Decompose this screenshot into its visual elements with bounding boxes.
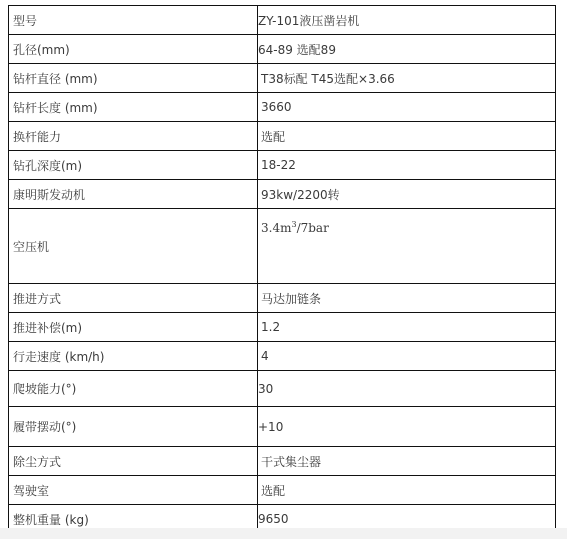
table-row: 履带摆动(°) +10 [9, 407, 556, 447]
spec-label: 钻杆直径 (mm) [9, 64, 258, 93]
spec-value: 3.4m3/7bar [258, 209, 556, 284]
table-row: 钻杆直径 (mm) T38标配 T45选配×3.66 [9, 64, 556, 93]
spec-label: 推进补偿(m) [9, 313, 258, 342]
table-row: 康明斯发动机 93kw/2200转 [9, 180, 556, 209]
spec-value: ZY-101液压凿岩机 [258, 6, 556, 35]
spec-value: 1.2 [258, 313, 556, 342]
spec-value: 马达加链条 [258, 284, 556, 313]
value-suffix: /7bar [297, 221, 329, 235]
page-bottom-strip [0, 528, 567, 539]
spec-label: 换杆能力 [9, 122, 258, 151]
spec-label: 爬坡能力(°) [9, 371, 258, 407]
spec-value: 64-89 选配89 [258, 35, 556, 64]
table-row: 行走速度 (km/h) 4 [9, 342, 556, 371]
spec-label: 履带摆动(°) [9, 407, 258, 447]
table-row: 换杆能力 选配 [9, 122, 556, 151]
spec-value: 选配 [258, 476, 556, 505]
spec-label: 驾驶室 [9, 476, 258, 505]
spec-label: 除尘方式 [9, 447, 258, 476]
value-prefix: 3.4m [261, 221, 291, 235]
table-row: 孔径(mm) 64-89 选配89 [9, 35, 556, 64]
spec-value: T38标配 T45选配×3.66 [258, 64, 556, 93]
spec-value: 18-22 [258, 151, 556, 180]
table-row: 钻杆长度 (mm) 3660 [9, 93, 556, 122]
table-row: 钻孔深度(m) 18-22 [9, 151, 556, 180]
spec-table: 型号 ZY-101液压凿岩机 孔径(mm) 64-89 选配89 钻杆直径 (m… [8, 5, 556, 534]
spec-value: 93kw/2200转 [258, 180, 556, 209]
spec-value: +10 [258, 407, 556, 447]
table-row: 推进方式 马达加链条 [9, 284, 556, 313]
spec-label: 推进方式 [9, 284, 258, 313]
spec-label: 孔径(mm) [9, 35, 258, 64]
table-row: 型号 ZY-101液压凿岩机 [9, 6, 556, 35]
spec-value: 干式集尘器 [258, 447, 556, 476]
spec-label: 型号 [9, 6, 258, 35]
table-row: 空压机 3.4m3/7bar [9, 209, 556, 284]
table-row: 推进补偿(m) 1.2 [9, 313, 556, 342]
table-row: 驾驶室 选配 [9, 476, 556, 505]
spec-value: 选配 [258, 122, 556, 151]
spec-label: 钻孔深度(m) [9, 151, 258, 180]
spec-value: 3660 [258, 93, 556, 122]
table-row: 爬坡能力(°) 30 [9, 371, 556, 407]
spec-value: 4 [258, 342, 556, 371]
spec-label: 行走速度 (km/h) [9, 342, 258, 371]
spec-label: 康明斯发动机 [9, 180, 258, 209]
spec-label: 钻杆长度 (mm) [9, 93, 258, 122]
spec-label: 空压机 [9, 209, 258, 284]
table-row: 除尘方式 干式集尘器 [9, 447, 556, 476]
spec-value: 30 [258, 371, 556, 407]
